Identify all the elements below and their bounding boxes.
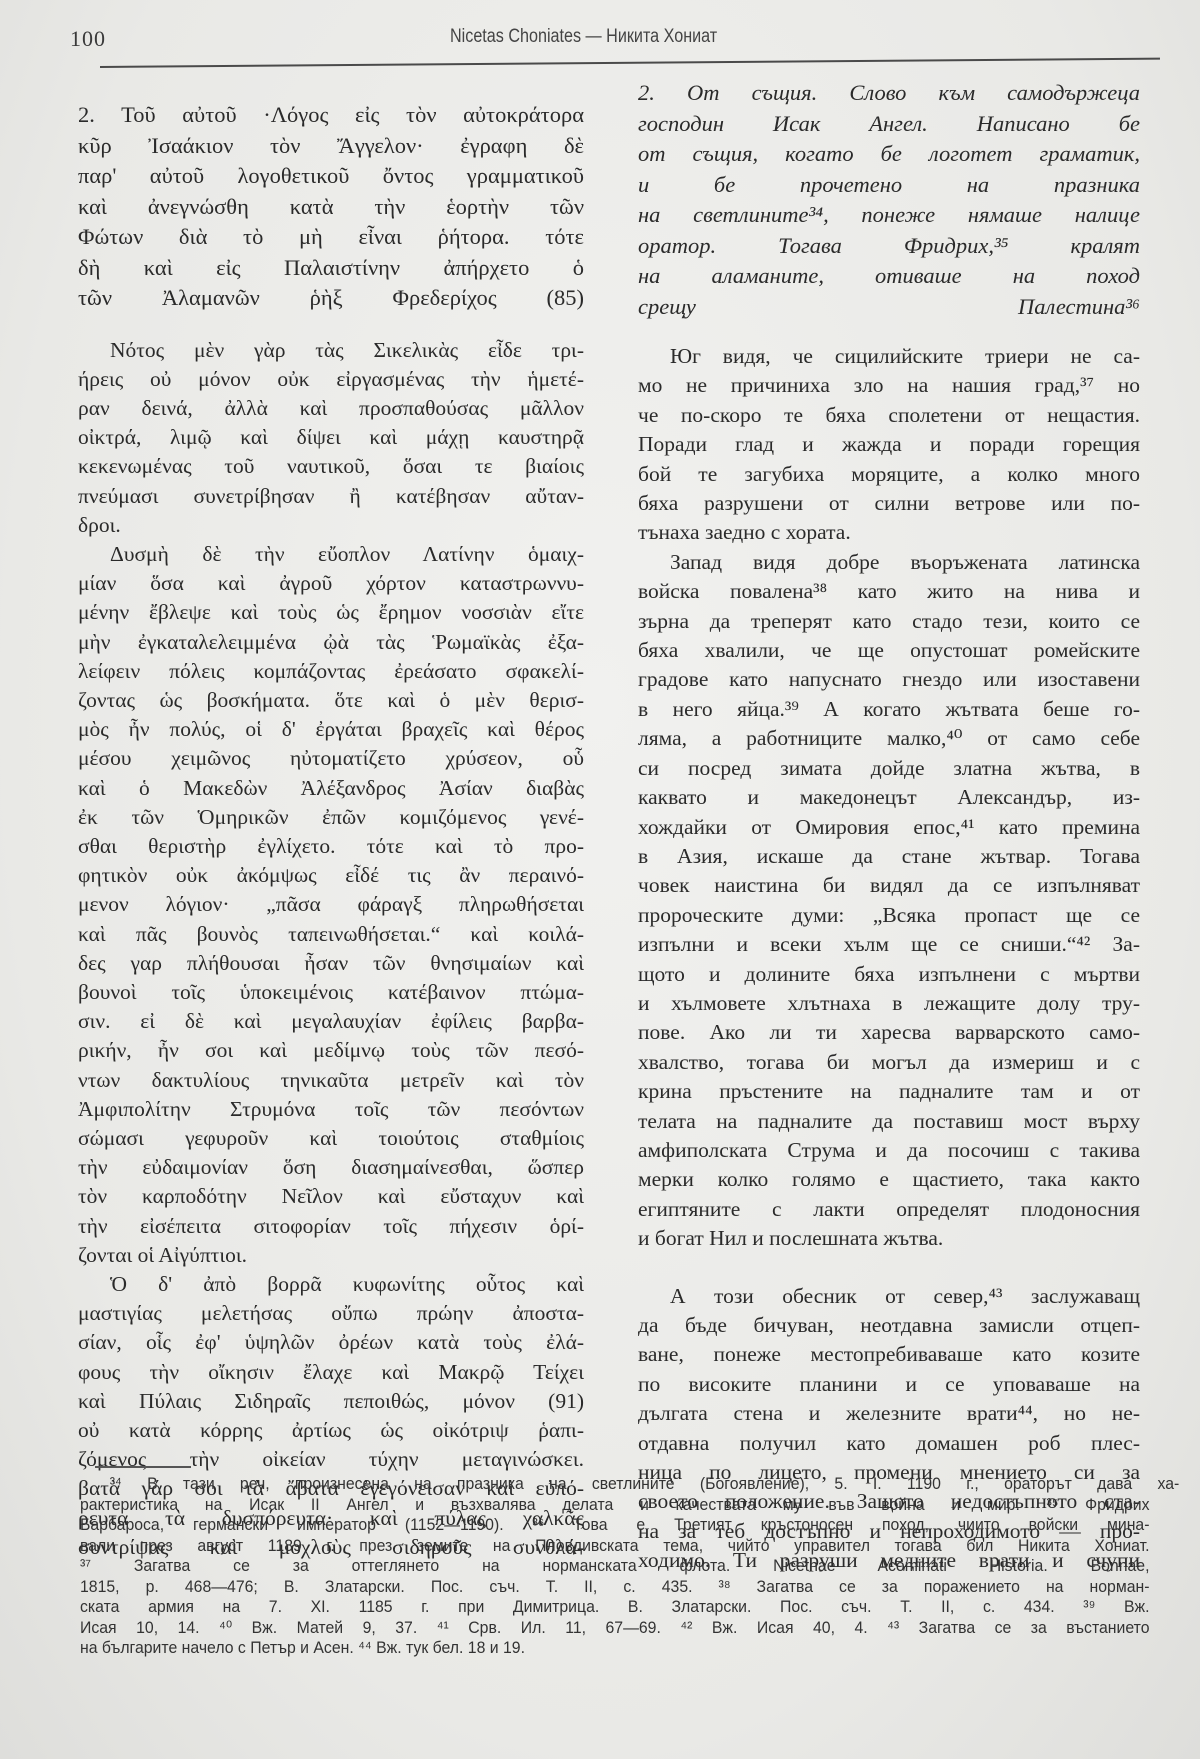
text-line: ντων δακτυλίους τηνικαῦτα μετρεῖν καὶ τὸ… bbox=[78, 1066, 584, 1095]
footnote-line: ската армия на 7. XI. 1185 г. при Димитр… bbox=[80, 1597, 1150, 1618]
footnotes: ³⁴ В тази реч, произнесена на празника н… bbox=[80, 1474, 1084, 1659]
text-line: хождайки от Омировия епос,⁴¹ като премин… bbox=[638, 813, 1140, 842]
text-line: μίαν ὅσα καὶ ἀγροῦ χόρτον καταστρωννυ- bbox=[78, 569, 584, 598]
text-line: φους τὴν οἴκησιν ἔλαχε καὶ Μακρῷ Τείχει bbox=[78, 1358, 584, 1387]
text-line: че по-скоро те бяха сполетени от нещасти… bbox=[638, 401, 1140, 430]
text-line: ване, понеже местопребиваваше като козит… bbox=[638, 1340, 1140, 1369]
text-line: каквато и македонецът Александър, из- bbox=[638, 783, 1140, 812]
text-line: σθαι θεριστὴρ ἐγλίχετο. τότε καὶ τὸ προ- bbox=[78, 832, 584, 861]
text-line: καὶ ὁ Μακεδὼν Ἀλέξανδρος Ἀσίαν διαβὰς bbox=[78, 774, 584, 803]
text-line: градове като напуснато гнездо или изоста… bbox=[638, 665, 1140, 694]
text-line: μὸς ἦν πολύς, οἱ δ' ἐργάται βραχεῖς καὶ … bbox=[78, 715, 584, 744]
text-line: хвалство, тогава би могъл да измериш и с bbox=[638, 1048, 1140, 1077]
text-line: σίαν, οἷς ἐφ' ὑψηλῶν ὀρέων κατὰ τοὺς ἐλά… bbox=[78, 1328, 584, 1357]
title-line: и бе прочетено на празника bbox=[638, 170, 1140, 201]
text-line: и богат Нил и послешната жътва. bbox=[638, 1224, 1140, 1253]
text-line: амфиполската Струма и да посочиш с такив… bbox=[638, 1136, 1140, 1165]
text-line: μενον λόγιον· „πᾶσα φάραγξ πληρωθήσεται bbox=[78, 890, 584, 919]
title-line: срещу Палестина³⁶ bbox=[638, 292, 1140, 323]
greek-column: 2. Τοῦ αὐτοῦ ·Λόγος εἰς τὸν αὐτοκράτορα … bbox=[78, 100, 584, 1562]
text-line: Поради глад и жажда и поради горещия bbox=[638, 430, 1140, 459]
title-line: δὴ καὶ εἰς Παλαιστίνην ἀπήρχετο ὁ bbox=[78, 253, 584, 284]
text-line: да бъде бичуван, неотдавна замисли отцеп… bbox=[638, 1311, 1140, 1340]
text-line: Δυσμὴ δὲ τὴν εὔοπλον Λατίνην ὁμαιχ- bbox=[78, 540, 584, 569]
text-line: δροι. bbox=[78, 511, 584, 540]
title-line: на аламаните, отиваше на поход bbox=[638, 261, 1140, 292]
text-line: οὐ κατὰ κόρρης ἀρτίως ὡς οἰκότριψ ῥαπι- bbox=[78, 1416, 584, 1445]
text-line: бяха разрушени от силни ветрове или по- bbox=[638, 489, 1140, 518]
text-line: Запад видя добре въоръжената латинска bbox=[638, 548, 1140, 577]
text-line: в Азия, искаше да стане жътвар. Тогава bbox=[638, 842, 1140, 871]
book-page: 100 Nicetas Choniates — Никита Хониат 2.… bbox=[0, 0, 1200, 1759]
bulgarian-section-title: 2. От същия. Слово към самодържеца госпо… bbox=[638, 78, 1140, 322]
text-line: μένην ἔβλεψε καὶ τοὺς ὡς ἔρημον νοσσιὰν … bbox=[78, 598, 584, 627]
footnote-line: ³⁴ В тази реч, произнесена на празника н… bbox=[80, 1474, 1179, 1495]
text-line: тънаха заедно с хората. bbox=[638, 518, 1140, 547]
page-header: 100 Nicetas Choniates — Никита Хониат bbox=[70, 18, 1160, 58]
text-line: τὸν καρποδότην Νεῖλον καὶ εὔσταχυν καὶ bbox=[78, 1182, 584, 1211]
text-line: ляма, а работниците малко,⁴⁰ от само себ… bbox=[638, 724, 1140, 753]
text-line: войска повалена³⁸ като жито на нива и bbox=[638, 577, 1140, 606]
title-line: на светлините³⁴, понеже нямаше налице bbox=[638, 200, 1140, 231]
title-line: оратор. Тогава Фридрих,³⁵ кралят bbox=[638, 231, 1140, 262]
footnote-separator bbox=[95, 1466, 191, 1468]
text-line: τὴν εἰσέπειτα σιτοφορίαν τοῖς πήχεσιν ὁρ… bbox=[78, 1212, 584, 1241]
text-line: δες γαρ πλήθουσαι ἦσαν τῶν θνησιμαίων κα… bbox=[78, 949, 584, 978]
text-line: щото и долините бяха изпълнени с мъртви bbox=[638, 960, 1140, 989]
text-line: пророческите думи: „Всяка пропаст ще се bbox=[638, 901, 1140, 930]
text-line: καὶ πᾶς βουνὸς ταπεινωθήσεται.“ καὶ κοιλ… bbox=[78, 920, 584, 949]
text-line: κεκενωμένας τοῦ ναυτικοῦ, ὅσαι τε βιαίοι… bbox=[78, 452, 584, 481]
text-line: човек наистина би видял да се изпълняват bbox=[638, 871, 1140, 900]
text-line: φητικὸν οὐκ ἀκόμψως εἶδέ τις ἂν περαινό- bbox=[78, 861, 584, 890]
header-rule bbox=[100, 58, 1160, 68]
title-line: от същия, когато бе логотет граматик, bbox=[638, 139, 1140, 170]
text-line: μέσου χειμῶνος ηὐτοματίζετο χρύσεον, οὗ bbox=[78, 744, 584, 773]
text-line: Νότος μὲν γὰρ τὰς Σικελικὰς εἶδε τρι- bbox=[78, 336, 584, 365]
footnote-line: рактеристика на Исак II Ангел и възхваля… bbox=[80, 1495, 1150, 1516]
text-line: ζοντας ὡς βοσκήματα. ὅτε καὶ ὁ μὲν θερισ… bbox=[78, 686, 584, 715]
text-line: σώμασι γεφυροῦν καὶ τοιούτοις σταθμίοις bbox=[78, 1124, 584, 1153]
greek-paragraph-1: Νότος μὲν γὰρ τὰς Σικελικὰς εἶδε τρι- ήρ… bbox=[78, 336, 584, 540]
text-line: мерки колко голямо е щастието, така какт… bbox=[638, 1165, 1140, 1194]
text-line: ζόμενος τὴν οἰκείαν τύχην μεταγινώσκει. bbox=[78, 1445, 584, 1474]
text-line: βουνοὶ τοῖς ὑποκειμένοις κατέβαινον πτώμ… bbox=[78, 978, 584, 1007]
text-line: ἐκ τῶν Ὁμηρικῶν ἐπῶν κομιζόμενος γενέ- bbox=[78, 803, 584, 832]
text-line: τὴν εὐδαιμονίαν ὅση διασημαίνεσθαι, ὥσπε… bbox=[78, 1153, 584, 1182]
text-line: бой те загубиха моряците, а колко много bbox=[638, 460, 1140, 489]
title-line: 2. От същия. Слово към самодържеца bbox=[638, 78, 1140, 109]
text-line: Юг видя, че сицилийските триери не са- bbox=[638, 342, 1140, 371]
text-line: οἰκτρά, λιμῷ καὶ δίψει καὶ μάχῃ καυστηρᾷ bbox=[78, 423, 584, 452]
title-line: καὶ ἀνεγνώσθη κατὰ τὴν ἑορτὴν τῶν bbox=[78, 192, 584, 223]
text-line: бяха хвалили, че ще опустошат ромейските bbox=[638, 636, 1140, 665]
text-line: телата на падналите да поставиш мост вър… bbox=[638, 1107, 1140, 1136]
footnote-line: на българите начело с Петър и Асен. ⁴⁴ В… bbox=[80, 1638, 1150, 1659]
text-line: отдавна получил като домашен роб плес- bbox=[638, 1429, 1140, 1458]
page-number: 100 bbox=[70, 26, 106, 52]
text-line: σιν. εἰ δὲ καὶ μεγαλαυχίαν ἐφίλεις βαρβα… bbox=[78, 1007, 584, 1036]
footnote-line: вали през август 1189 г. през земите на … bbox=[80, 1536, 1150, 1557]
text-line: крина пръстените на падналите там и от bbox=[638, 1077, 1140, 1106]
title-line: господин Исак Ангел. Написано бе bbox=[638, 109, 1140, 140]
bulgarian-column: 2. От същия. Слово към самодържеца госпо… bbox=[638, 78, 1140, 1576]
greek-paragraph-2: Δυσμὴ δὲ τὴν εὔοπλον Λατίνην ὁμαιχ- μίαν… bbox=[78, 540, 584, 1270]
text-line: Ἀμφιπολίτην Στρυμόνα τοῖς τῶν πεσόντων bbox=[78, 1095, 584, 1124]
text-line: ρικήν, ἦν σοι καὶ μεδίμνῳ τοὺς τῶν πεσό- bbox=[78, 1036, 584, 1065]
text-line: μὴν ἐγκαταλελειμμένα ᾠὰ τὰς Ῥωμαϊκὰς ἐξα… bbox=[78, 628, 584, 657]
text-line: А този обесник от север,⁴³ заслужаващ bbox=[638, 1282, 1140, 1311]
text-line: ραν δεινά, ἀλλὰ καὶ προσπαθούσας μᾶλλον bbox=[78, 394, 584, 423]
footnote-line: ³⁷ Загатва се за оттеглянето на норманск… bbox=[80, 1556, 1150, 1577]
greek-section-title: 2. Τοῦ αὐτοῦ ·Λόγος εἰς τὸν αὐτοκράτορα … bbox=[78, 100, 584, 314]
footnote-line: Исая 10, 14. ⁴⁰ Вж. Матей 9, 37. ⁴¹ Срв.… bbox=[80, 1618, 1150, 1639]
text-line: λείφειν πόλεις κομπάζοντας ἐρεάσατο σφακ… bbox=[78, 657, 584, 686]
text-line: пове. Ако ли ти харесва варварското само… bbox=[638, 1018, 1140, 1047]
text-line: μαστιγίας μελετήσας οὔπω πρώην ἀποστα- bbox=[78, 1299, 584, 1328]
bulgarian-paragraph-2: Запад видя добре въоръжената латинска во… bbox=[638, 548, 1140, 1254]
text-line: си посред зимата дойде златна жътва, в bbox=[638, 754, 1140, 783]
text-line: египтяните с лакти определят плодоносния bbox=[638, 1195, 1140, 1224]
text-line: зърна да треперят като стадо тези, които… bbox=[638, 607, 1140, 636]
footnote-line: 1815, p. 468—476; В. Златарски. Пос. съч… bbox=[80, 1577, 1150, 1598]
footnote-line: Барбароса, германски император (1152—119… bbox=[80, 1515, 1150, 1536]
title-line: 2. Τοῦ αὐτοῦ ·Λόγος εἰς τὸν αὐτοκράτορα bbox=[78, 100, 584, 131]
bulgarian-paragraph-1: Юг видя, че сицилийските триери не са- м… bbox=[638, 342, 1140, 548]
title-line: τῶν Ἀλαμανῶν ῥὴξ Φρεδερίχος (85) bbox=[78, 283, 584, 314]
text-line: изпълни и всеки хълм ще се сниши.“⁴² За- bbox=[638, 930, 1140, 959]
running-title: Nicetas Choniates — Никита Хониат bbox=[450, 26, 717, 48]
text-line: в него яйца.³⁹ А когато жътвата беше го- bbox=[638, 695, 1140, 724]
text-line: мо не причиниха зло на нашия град,³⁷ но bbox=[638, 371, 1140, 400]
text-line: Ὁ δ' ἀπὸ βορρᾶ κυφωνίτης οὗτος καὶ bbox=[78, 1270, 584, 1299]
text-line: и хълмовете хлътнаха в лежащите долу тру… bbox=[638, 989, 1140, 1018]
text-line: ζονται οἱ Αἰγύπτιοι. bbox=[78, 1241, 584, 1270]
text-line: πνεύμασι συνετρίβησαν ἢ κατέβησαν αὔταν- bbox=[78, 482, 584, 511]
title-line: παρ' αὐτοῦ λογοθετικοῦ ὄντος γραμματικοῦ bbox=[78, 161, 584, 192]
title-line: Φώτων διὰ τὸ μὴ εἶναι ῥήτορα. τότε bbox=[78, 222, 584, 253]
text-line: καὶ Πύλαις Σιδηραῖς πεποιθώς, μόνον (91) bbox=[78, 1387, 584, 1416]
title-line: κῦρ Ἰσαάκιον τὸν Ἄγγελον· ἐγραφη δὲ bbox=[78, 131, 584, 162]
paragraph-gap bbox=[638, 1254, 1140, 1282]
text-line: по високите планини и се уповаваше на bbox=[638, 1370, 1140, 1399]
text-line: ήρεις οὐ μόνον οὐκ εἰργασμένας τὴν ἡμετέ… bbox=[78, 365, 584, 394]
text-line: дългата стена и железните врати⁴⁴, но не… bbox=[638, 1399, 1140, 1428]
